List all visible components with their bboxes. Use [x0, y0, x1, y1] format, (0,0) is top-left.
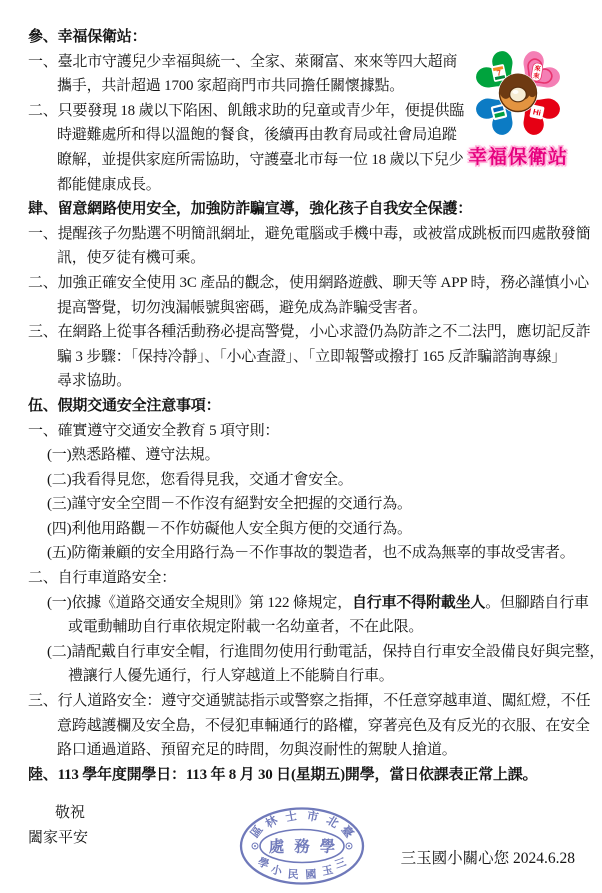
- svg-text:小: 小: [270, 862, 285, 878]
- text-line: 訊，使歹徒有機可乘。: [28, 246, 580, 271]
- donut-icon: [498, 73, 538, 113]
- text-line: 路口通過道路、預留充足的時間，勿與沒耐性的駕駛人搶道。: [28, 738, 580, 763]
- text-line: 騙 3 步驟：「保持冷靜」、「小心查證」、「立即報警或撥打 165 反詐騙諮詢專…: [28, 345, 580, 370]
- svg-text:民: 民: [287, 867, 299, 882]
- notice-page: 參、幸福保衛站：一、臺北市守護兒少幸福與統一、全家、萊爾富、來來等四大超商攜手，…: [0, 0, 602, 893]
- text-line: (一)熟悉路權、遵守法規。: [28, 443, 580, 468]
- svg-text:國: 國: [305, 867, 317, 882]
- text-line: 禮讓行人優先通行，行人穿越道上不能騎自行車。: [28, 664, 580, 689]
- text-line: 或電動輔助自行車依規定附載一名幼童者，不在此限。: [28, 615, 580, 640]
- text-line: 陸、113 學年度開學日：113 年 8 月 30 日(星期五)開學，當日依課表…: [28, 763, 580, 788]
- text-line: 伍、假期交通安全注意事項：: [28, 394, 580, 419]
- text-line: 一、提醒孩子勿點選不明簡訊網址，避免電腦或手機中毒，或被當成跳板而四處散發簡: [28, 222, 580, 247]
- text-line: (四)利他用路觀－不作妨礙他人安全與方便的交通行為。: [28, 517, 580, 542]
- text-line: (三)謹守安全空間－不作沒有絕對安全把握的交通行為。: [28, 492, 580, 517]
- heart-flower-icon: 7 來 來 Hi: [462, 36, 574, 148]
- text-line: 肆、留意網路使用安全，加強防詐騙宣導，強化孩子自我安全保護：: [28, 197, 580, 222]
- text-line: 尋求協助。: [28, 369, 580, 394]
- footer-date: 2024.6.28: [513, 850, 575, 867]
- stamp-flower-icon-left: [252, 843, 258, 849]
- stamp-flower-icon-right: [346, 843, 352, 849]
- text-line: 三、在網路上從事各種活動務必提高警覺，小心求證仍為防詐之不二法門，應切記反詐: [28, 320, 580, 345]
- text-line: 都能健康成長。: [28, 173, 580, 198]
- text-line: (五)防衛兼顧的安全用路行為－不作事故的製造者，也不成為無辜的事故受害者。: [28, 541, 580, 566]
- stamp-text: 區林士市北臺學小民國玉三處務學: [247, 808, 357, 881]
- happiness-station-logo: 7 來 來 Hi: [460, 36, 576, 169]
- text-line: (二)請配戴自行車安全帽，行進間勿使用行動電話，保持自行車安全設備良好與完整，: [28, 640, 580, 665]
- text-line: 意跨越護欄及安全島，不侵犯車輛通行的路權，穿著亮色及有反光的衣服、在安全: [28, 714, 580, 739]
- text-line: 二、自行車道路安全：: [28, 566, 580, 591]
- school-stamp: 區林士市北臺學小民國玉三處務學: [237, 804, 367, 888]
- svg-text:玉: 玉: [321, 862, 335, 878]
- text-line: (一)依據《道路交通安全規則》第 122 條規定，自行車不得附載坐人。但腳踏自行…: [28, 591, 580, 616]
- text-line: (二)我看得見您，您看得見我，交通才會安全。: [28, 468, 580, 493]
- svg-text:三: 三: [333, 855, 348, 871]
- logo-label: 幸福保衛站: [460, 142, 576, 169]
- svg-text:處務學: 處務學: [269, 837, 346, 856]
- text-line: 二、加強正確安全使用 3C 產品的觀念，使用網路遊戲、聊天等 APP 時，務必謹…: [28, 271, 580, 296]
- text-line: 一、確實遵守交通安全教育 5 項守則：: [28, 419, 580, 444]
- footer-school: 三玉國小關心您: [401, 850, 510, 867]
- text-line: 三、行人道路安全：遵守交通號誌指示或警察之指揮，不任意穿越車道、闖紅燈，不任: [28, 689, 580, 714]
- text-line: 提高警覺，切勿洩漏帳號與密碼，避免成為詐騙受害者。: [28, 296, 580, 321]
- footer-note: 三玉國小關心您 2024.6.28: [401, 848, 575, 870]
